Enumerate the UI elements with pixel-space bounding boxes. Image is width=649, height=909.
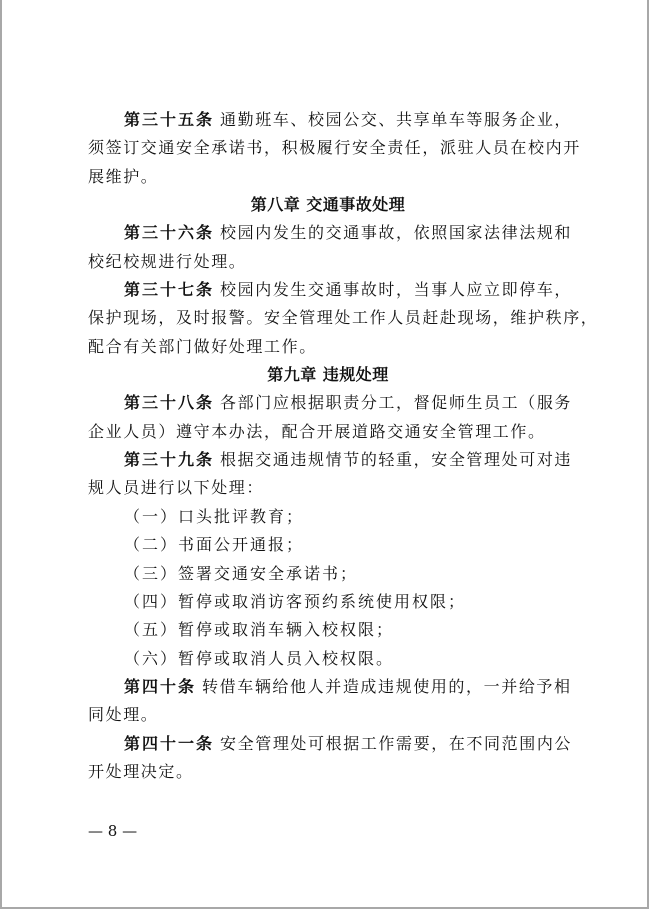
document-body: 第三十五条通勤班车、校园公交、共享单车等服务企业， 须签订交通安全承诺书，积极履…	[88, 106, 568, 786]
list-item: （六）暂停或取消人员入校权限。	[88, 645, 568, 673]
article-35-line-1: 第三十五条通勤班车、校园公交、共享单车等服务企业，	[88, 106, 568, 134]
article-text: 校园内发生的交通事故，依照国家法律法规和	[220, 223, 572, 242]
article-label: 第三十九条	[124, 450, 214, 469]
article-text: 通勤班车、校园公交、共享单车等服务企业，	[220, 110, 572, 129]
article-39-line-2: 规人员进行以下处理：	[88, 474, 568, 502]
article-40-line-1: 第四十条转借车辆给他人并造成违规使用的，一并给予相	[88, 673, 568, 701]
article-38-line-1: 第三十八条各部门应根据职责分工，督促师生员工（服务	[88, 389, 568, 417]
article-36-line-2: 校纪校规进行处理。	[88, 248, 568, 276]
article-label: 第三十五条	[124, 110, 214, 129]
list-item: （二）书面公开通报；	[88, 531, 568, 559]
article-label: 第四十条	[124, 677, 196, 696]
article-text: 安全管理处可根据工作需要，在不同范围内公	[220, 734, 572, 753]
document-page: 第三十五条通勤班车、校园公交、共享单车等服务企业， 须签订交通安全承诺书，积极履…	[0, 0, 649, 909]
article-text: 转借车辆给他人并造成违规使用的，一并给予相	[202, 677, 572, 696]
list-item: （五）暂停或取消车辆入校权限；	[88, 616, 568, 644]
list-item: （一）口头批评教育；	[88, 503, 568, 531]
list-item: （四）暂停或取消访客预约系统使用权限；	[88, 588, 568, 616]
article-37-line-3: 配合有关部门做好处理工作。	[88, 333, 568, 361]
article-text: 根据交通违规情节的轻重，安全管理处可对违	[220, 450, 572, 469]
article-41-line-1: 第四十一条安全管理处可根据工作需要，在不同范围内公	[88, 730, 568, 758]
article-label: 第四十一条	[124, 734, 214, 753]
article-35-line-2: 须签订交通安全承诺书，积极履行安全责任，派驻人员在校内开	[88, 134, 568, 162]
article-41-line-2: 开处理决定。	[88, 758, 568, 786]
article-38-line-2: 企业人员）遵守本办法，配合开展道路交通安全管理工作。	[88, 418, 568, 446]
article-37-line-2: 保护现场，及时报警。安全管理处工作人员赶赴现场，维护秩序，	[88, 304, 568, 332]
article-35-line-3: 展维护。	[88, 163, 568, 191]
article-label: 第三十八条	[124, 393, 214, 412]
article-label: 第三十七条	[124, 280, 214, 299]
article-text: 各部门应根据职责分工，督促师生员工（服务	[220, 393, 572, 412]
article-37-line-1: 第三十七条校园内发生交通事故时，当事人应立即停车，	[88, 276, 568, 304]
article-40-line-2: 同处理。	[88, 701, 568, 729]
article-36-line-1: 第三十六条校园内发生的交通事故，依照国家法律法规和	[88, 219, 568, 247]
article-text: 校园内发生交通事故时，当事人应立即停车，	[220, 280, 572, 299]
chapter-8-heading: 第八章 交通事故处理	[88, 191, 568, 219]
list-item: （三）签署交通安全承诺书；	[88, 560, 568, 588]
page-number: — 8 —	[88, 822, 137, 840]
article-label: 第三十六条	[124, 223, 214, 242]
article-39-line-1: 第三十九条根据交通违规情节的轻重，安全管理处可对违	[88, 446, 568, 474]
chapter-9-heading: 第九章 违规处理	[88, 361, 568, 389]
